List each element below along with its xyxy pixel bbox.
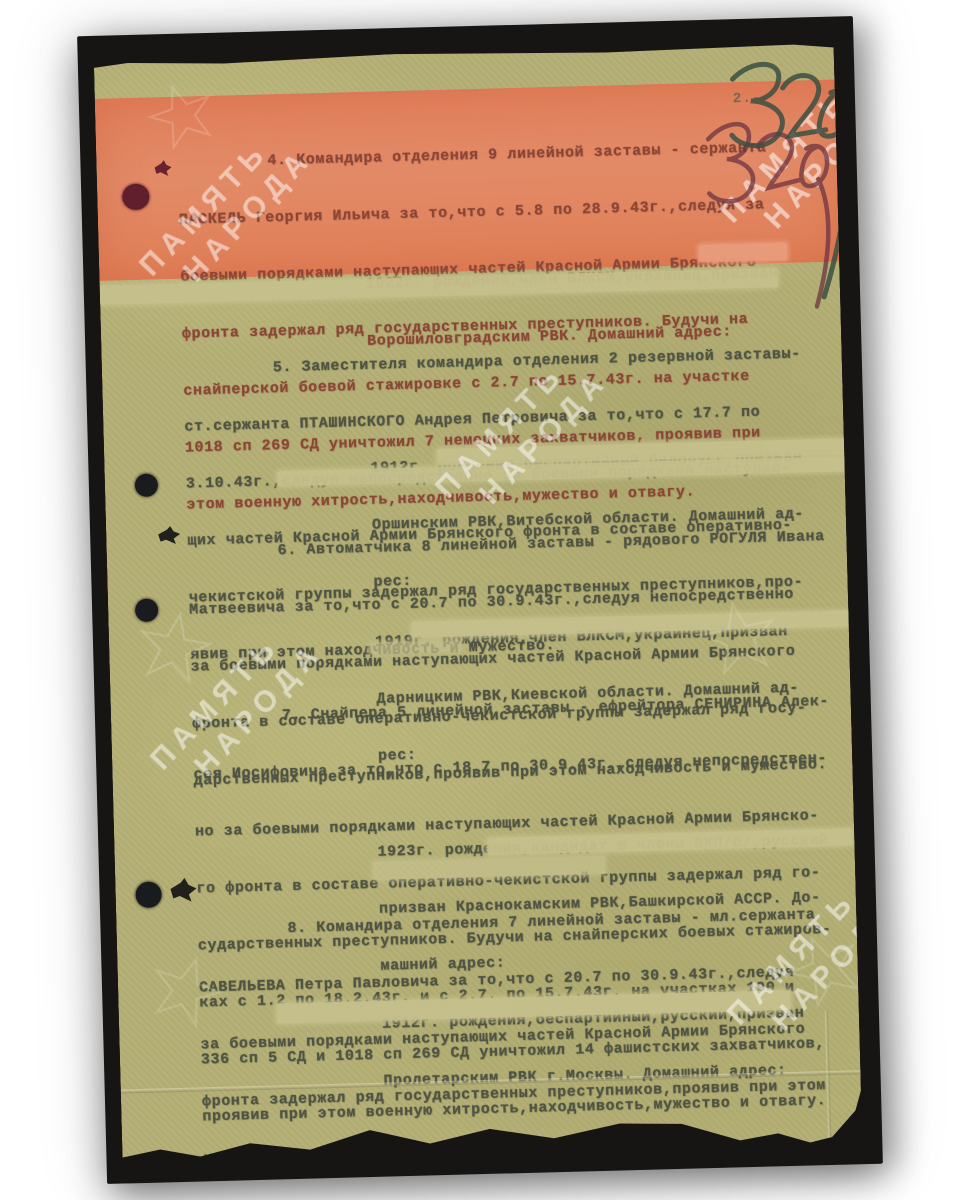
text-line: 6. Автоматчика 8 линейной заставы - рядо… [187,526,851,562]
text-line: находчивость и мужество. [203,1132,867,1168]
redaction-bar [699,243,787,262]
text-line: 4. Командира отделения 9 линейной застав… [177,136,841,172]
text-line: 5. Заместителя командира отделения 2 рез… [183,343,847,379]
punch-hole-icon [135,598,159,622]
punch-hole-icon [135,881,162,908]
text-line: сея Иосифовича за то,что с 18.7 по 30.9.… [193,748,861,784]
text-line: 7. Снайпера 5 линейной заставы - ефрейто… [192,691,860,727]
document-scan: 2.- 4. Командира отделения 9 линейной за… [77,16,883,1184]
document-paper: 2.- 4. Командира отделения 9 линейной за… [94,43,863,1172]
punch-hole-icon [135,473,159,497]
paper-tear-icon [158,526,180,545]
text-line: ПАСКЕЛЬ Георгия Ильича за то,что с 5.8 п… [179,193,843,229]
text-line: 8. Командира отделения 7 линейной застав… [197,904,861,940]
paper-tear-icon [170,878,197,903]
info-block-item-8: 1912г. рождения,беспартийный,русский,при… [381,966,807,1129]
